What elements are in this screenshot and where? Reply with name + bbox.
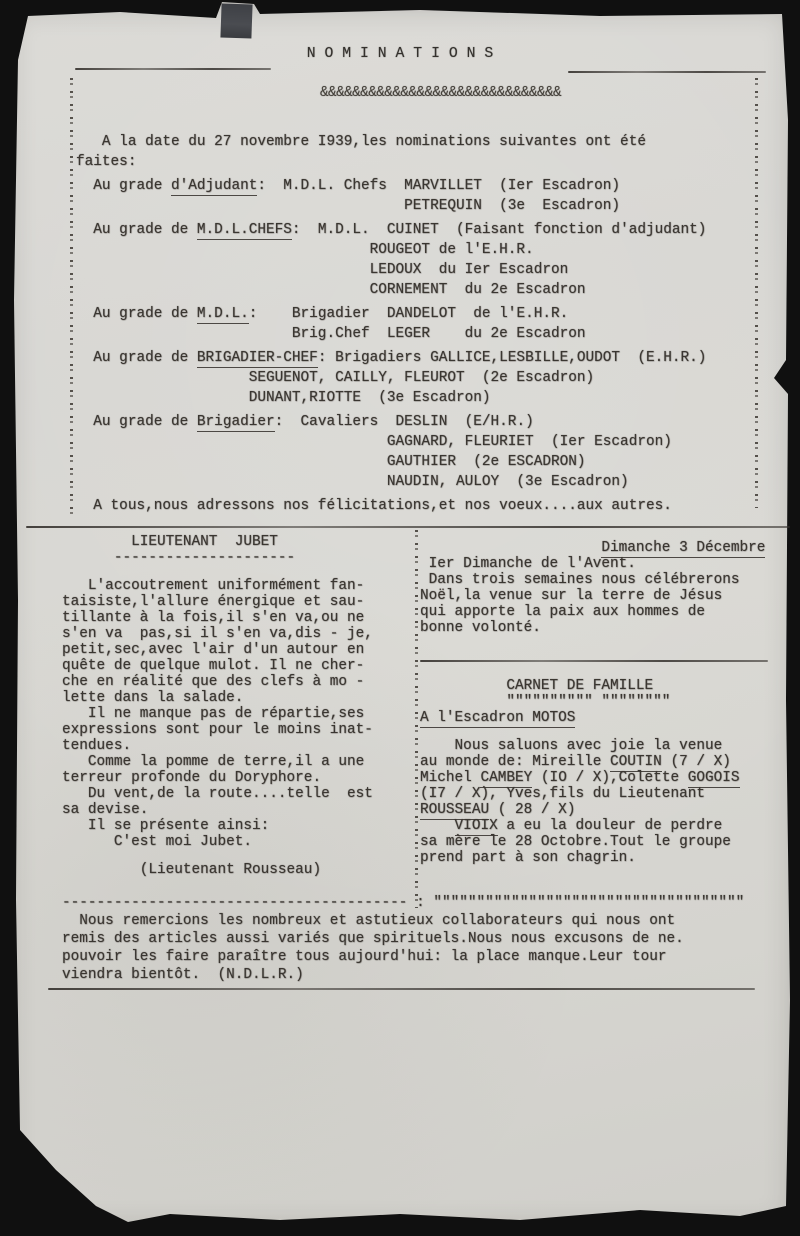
editors-note: ----------------------------------------… — [62, 894, 744, 984]
bottom-rule — [48, 988, 755, 990]
nominations-section: A la date du 27 novembre I939,les nomina… — [76, 132, 706, 516]
dotted-border-left — [70, 78, 73, 514]
dotted-border-right — [755, 78, 758, 508]
column-divider-dots — [415, 530, 418, 908]
title-rule-right — [568, 71, 766, 73]
section-divider-rule — [26, 526, 790, 528]
right-column-divider-rule — [420, 660, 768, 662]
title-rule-left — [75, 68, 271, 70]
tape-mark — [220, 3, 252, 38]
carnet-de-famille-section: CARNET DE FAMILLE """""""""" """"""""A l… — [420, 678, 740, 866]
lieutenant-jubet-article: LIEUTENANT JUBET --------------------- L… — [62, 534, 373, 878]
avent-notice: Dimanche 3 Décembre Ier Dimanche de l'Av… — [420, 540, 765, 636]
scanned-newsletter-page: { "colors": { "paper": "#d7d6d2", "ink":… — [0, 0, 800, 1236]
page-title: N O M I N A T I O N S — [0, 46, 800, 62]
ornament-row: &&&&&&&&&&&&&&&&&&&&&&&&&&&&&& — [320, 85, 561, 101]
